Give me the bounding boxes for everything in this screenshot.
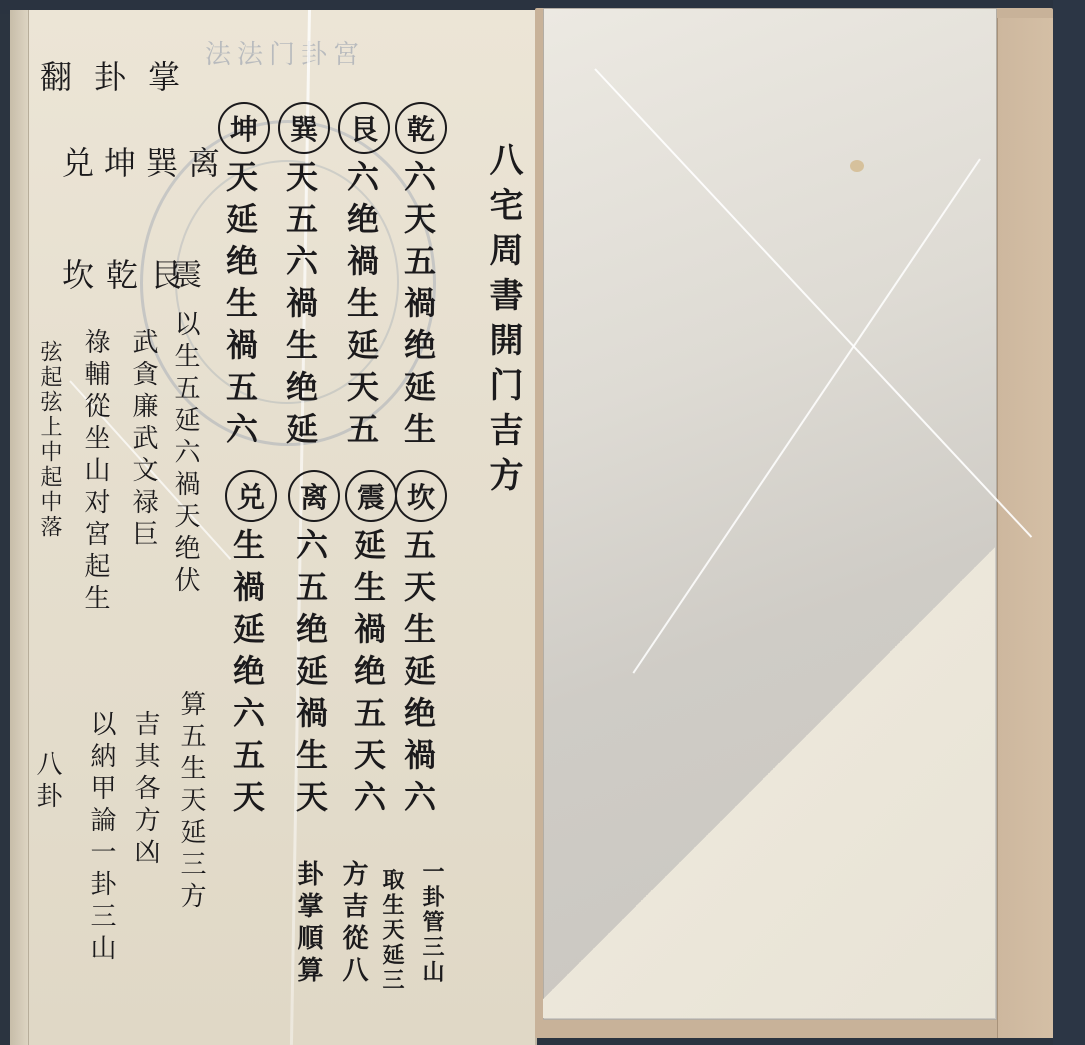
note-count-directions: 算五生天延三方 bbox=[178, 690, 204, 914]
note-directions-auspicious: 方吉從八 bbox=[340, 860, 366, 988]
dark-background-right bbox=[1053, 0, 1085, 1045]
trigram-li-badge: 离 bbox=[288, 470, 340, 522]
note-star-names: 武貪廉武文禄巨 bbox=[130, 328, 156, 552]
trigram-qian-sequence: 六天五禍绝延生 bbox=[402, 160, 434, 454]
right-book-cover bbox=[535, 8, 1053, 1038]
trigram-kan-badge: 坎 bbox=[395, 470, 447, 522]
trigram-li-sequence: 六五绝延禍生天 bbox=[294, 528, 326, 822]
trigram-xun-sequence: 天五六禍生绝延 bbox=[284, 160, 316, 454]
trigram-list-row-1: 兑坤巽离 bbox=[62, 138, 230, 184]
note-bagua: 八卦 bbox=[34, 750, 60, 814]
left-manuscript-page: 法法门卦宮 八宅周書開门吉方 乾 六天五禍绝延生 艮 六绝禍生延天五 巽 天五六… bbox=[10, 10, 537, 1045]
note-najia: 以納甲論一卦三山 bbox=[88, 710, 114, 966]
note-star-order: 以生五延六禍天绝伏 bbox=[172, 310, 198, 598]
trigram-list-row-3: 震 bbox=[172, 250, 202, 294]
note-auspicious-inauspicious: 吉其各方凶 bbox=[132, 710, 158, 870]
trigram-kun-sequence: 天延绝生禍五六 bbox=[224, 160, 256, 454]
note-take-sheng-tian-yan: 取生天延三 bbox=[380, 868, 402, 993]
folded-corner-flap bbox=[543, 528, 995, 1018]
trigram-dui-badge: 兑 bbox=[225, 470, 277, 522]
trigram-qian-badge: 乾 bbox=[395, 102, 447, 154]
trigram-kan-sequence: 五天生延绝禍六 bbox=[402, 528, 434, 822]
bleed-through-text: 法法门卦宮 bbox=[205, 34, 435, 74]
trigram-zhen-badge: 震 bbox=[345, 470, 397, 522]
trigram-zhen-sequence: 延生禍绝五天六 bbox=[352, 528, 384, 822]
paper-stain bbox=[850, 160, 864, 172]
note-palm-count: 卦掌順算 bbox=[295, 860, 321, 988]
section-header-fan-gua-zhang: 翻卦掌 bbox=[40, 52, 202, 98]
trigram-gen-badge: 艮 bbox=[338, 102, 390, 154]
page-title: 八宅周書開门吉方 bbox=[486, 142, 520, 502]
trigram-gen-sequence: 六绝禍生延天五 bbox=[345, 160, 377, 454]
note-one-gua-three-mountains: 一卦管三山 bbox=[420, 860, 442, 985]
trigram-dui-sequence: 生禍延绝六五天 bbox=[231, 528, 263, 822]
note-xian-rule: 弦起弦上中起中落 bbox=[38, 340, 60, 540]
note-start-from-palace: 祿輔從坐山对宮起生 bbox=[82, 328, 108, 616]
trigram-xun-badge: 巽 bbox=[278, 102, 330, 154]
page-edge bbox=[10, 10, 29, 1045]
